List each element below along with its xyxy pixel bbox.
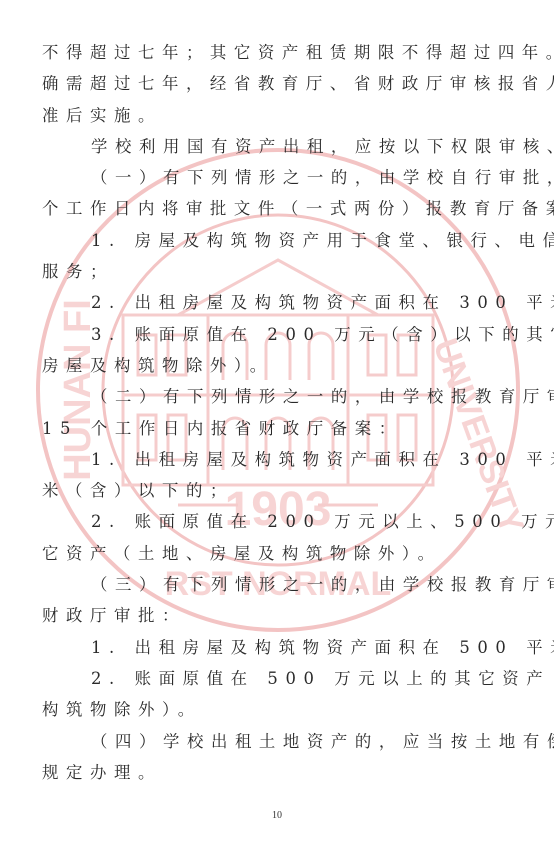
text-line: 服务； bbox=[42, 256, 502, 287]
text-line: 财政厅审批： bbox=[42, 600, 502, 631]
text-line: 不得超过七年；其它资产租赁期限不得超过四年。特殊情况， bbox=[42, 37, 502, 68]
text-line: （三）有下列情形之一的，由学校报教育厅审核，报省 bbox=[42, 569, 502, 600]
text-line: 准后实施。 bbox=[42, 100, 502, 131]
text-line: 2. 账面原值在 200 万元以上、500 万元（含）以下的其 bbox=[42, 506, 502, 537]
text-line: 1. 出租房屋及构筑物资产面积在 300 平米以上、500 平 bbox=[42, 444, 502, 475]
text-line: 2. 账面原值在 500 万元以上的其它资产（土地、房屋及 bbox=[42, 663, 502, 694]
text-line: 确需超过七年，经省教育厅、省财政厅审核报省人民政府批 bbox=[42, 68, 502, 99]
text-line: 规定办理。 bbox=[42, 757, 502, 788]
document-page: 1903 HUNAN FI RST NORMAL UNIVERSITY 不得超过… bbox=[0, 0, 554, 843]
text-line: 它资产（土地、房屋及构筑物除外）。 bbox=[42, 538, 502, 569]
text-line: 2. 出租房屋及构筑物资产面积在 300 平米（含）以内的； bbox=[42, 287, 502, 318]
text-line: 米（含）以下的； bbox=[42, 475, 502, 506]
text-line: 学校利用国有资产出租，应按以下权限审核、审批： bbox=[42, 131, 502, 162]
text-line: 1. 房屋及构筑物资产用于食堂、银行、电信、邮政公共 bbox=[42, 225, 502, 256]
document-body: 不得超过七年；其它资产租赁期限不得超过四年。特殊情况，确需超过七年，经省教育厅、… bbox=[42, 37, 502, 788]
text-line: 构筑物除外）。 bbox=[42, 694, 502, 725]
text-line: 房屋及构筑物除外）。 bbox=[42, 350, 502, 381]
text-line: （四）学校出租土地资产的，应当按土地有偿使用相关 bbox=[42, 726, 502, 757]
text-line: 个工作日内将审批文件（一式两份）报教育厅备案： bbox=[42, 193, 502, 224]
text-line: （二）有下列情形之一的，由学校报教育厅审批，并于 bbox=[42, 381, 502, 412]
text-line: 1. 出租房屋及构筑物资产面积在 500 平米以上； bbox=[42, 632, 502, 663]
text-line: （一）有下列情形之一的，由学校自行审批，并于 15 bbox=[42, 162, 502, 193]
text-line: 15 个工作日内报省财政厅备案： bbox=[42, 413, 502, 444]
text-line: 3. 账面原值在 200 万元（含）以下的其它资产（土地、 bbox=[42, 319, 502, 350]
page-number: 10 bbox=[0, 810, 554, 821]
